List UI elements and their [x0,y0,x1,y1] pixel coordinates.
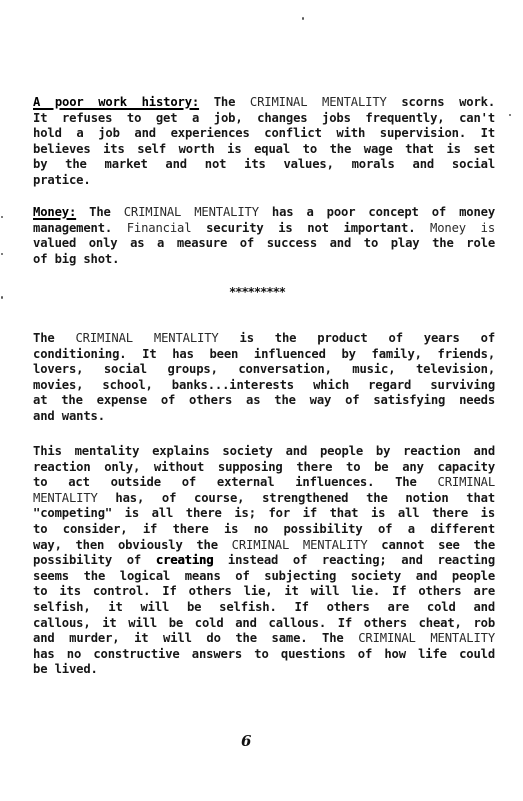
section-heading: A poor work history: [33,95,199,109]
text-line: MENTALITY has, of course, strengthened t… [33,490,495,506]
text-line: hold a job and experiences conflict with… [33,125,495,141]
text-line: Money: The CRIMINAL MENTALITY has a poor… [33,204,495,220]
term-text: CRIMINAL MENTALITY [75,331,218,345]
text-line: of big shot. [33,251,495,267]
text-line: way, then obviously the CRIMINAL MENTALI… [33,537,495,553]
text-line: by the market and not its values, morals… [33,156,495,172]
scan-speck [1,253,3,255]
term-text: Money is [430,221,495,235]
term-text: CRIMINAL MENTALITY [232,538,368,552]
term-text: Financial [127,221,192,235]
term-text: CRIMINAL [438,475,496,489]
section-heading: Money: [33,205,76,219]
text-line: valued only as a measure of success and … [33,235,495,251]
text-line: and wants. [33,408,495,424]
text-line: lovers, social groups, conversation, mus… [33,361,495,377]
text-line: A poor work history: The CRIMINAL MENTAL… [33,94,495,110]
term-text: CRIMINAL MENTALITY [358,631,495,645]
text-line: It refuses to get a job, changes jobs fr… [33,110,495,126]
text-line: to its control. If others lie, it will l… [33,583,495,599]
text-line: seems the logical means of subjecting so… [33,568,495,584]
text-line: pratice. [33,172,495,188]
text-line: management. Financial security is not im… [33,220,495,236]
text-line: The CRIMINAL MENTALITY is the product of… [33,330,495,346]
text-line: This mentality explains society and peop… [33,443,495,459]
scan-speck [509,114,511,116]
text-line: believes its self worth is equal to the … [33,141,495,157]
text-line: possibility of creating instead of react… [33,552,495,568]
text-line: to consider, if there is no possibility … [33,521,495,537]
text-line: at the expense of others as the way of s… [33,392,495,408]
term-text: CRIMINAL MENTALITY [250,95,387,109]
term-text: CRIMINAL MENTALITY [124,205,259,219]
page-number: 6 [241,732,251,750]
text-line: "competing" is all there is; for if that… [33,505,495,521]
text-line: and murder, it will do the same. The CRI… [33,630,495,646]
text-line: reaction only, without supposing there t… [33,459,495,475]
document-page: A poor work history: The CRIMINAL MENTAL… [0,0,523,801]
text-line: conditioning. It has been influenced by … [33,346,495,362]
text-line: be lived. [33,661,495,677]
scan-speck [1,296,3,299]
section-separator: ********* [229,284,285,300]
text-line: selfish, it will be selfish. If others a… [33,599,495,615]
scan-speck [302,17,304,20]
scan-speck [1,216,3,218]
text-line: to act outside of external influences. T… [33,474,495,490]
text-line: movies, school, banks...interests which … [33,377,495,393]
emphasis-word: creating [156,553,214,567]
term-text: MENTALITY [33,491,98,505]
text-line: callous, it will be cold and callous. If… [33,615,495,631]
text-line: has no constructive answers to questions… [33,646,495,662]
